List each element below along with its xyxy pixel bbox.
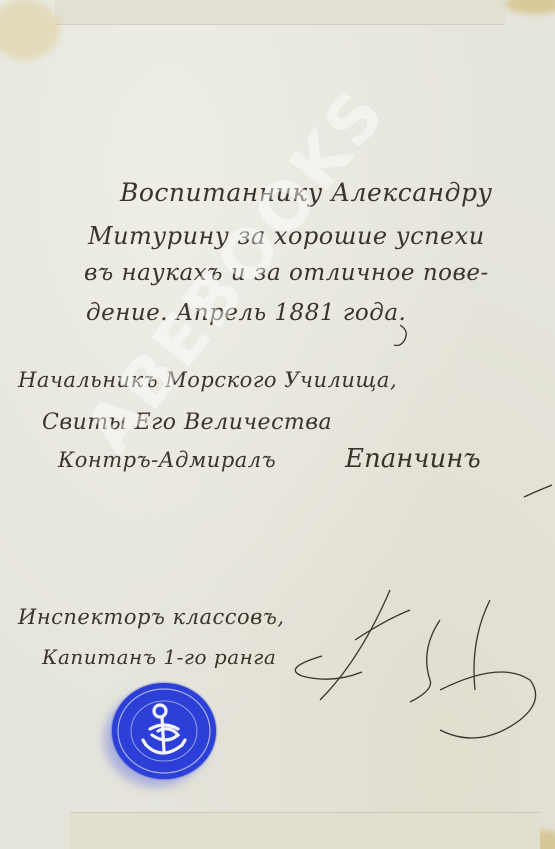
signature-admiral: Епанчинъ <box>345 444 481 474</box>
anchor-icon <box>112 683 216 779</box>
paper-top-edge <box>55 0 505 25</box>
signatory-2-rank: Капитанъ 1-го ранга <box>42 645 276 669</box>
library-stamp <box>112 683 216 779</box>
document-page: Воспитаннику Александру Митурину за хоро… <box>0 0 555 849</box>
age-stain <box>0 0 60 60</box>
paper-bottom-edge <box>70 812 540 849</box>
signatory-1-title-line-1: Начальникъ Морского Училища, <box>18 368 397 392</box>
signatory-1-rank: Контръ-Адмиралъ <box>58 448 276 472</box>
age-stain <box>505 0 555 14</box>
signatory-2-title: Инспекторъ классовъ, <box>18 605 285 629</box>
